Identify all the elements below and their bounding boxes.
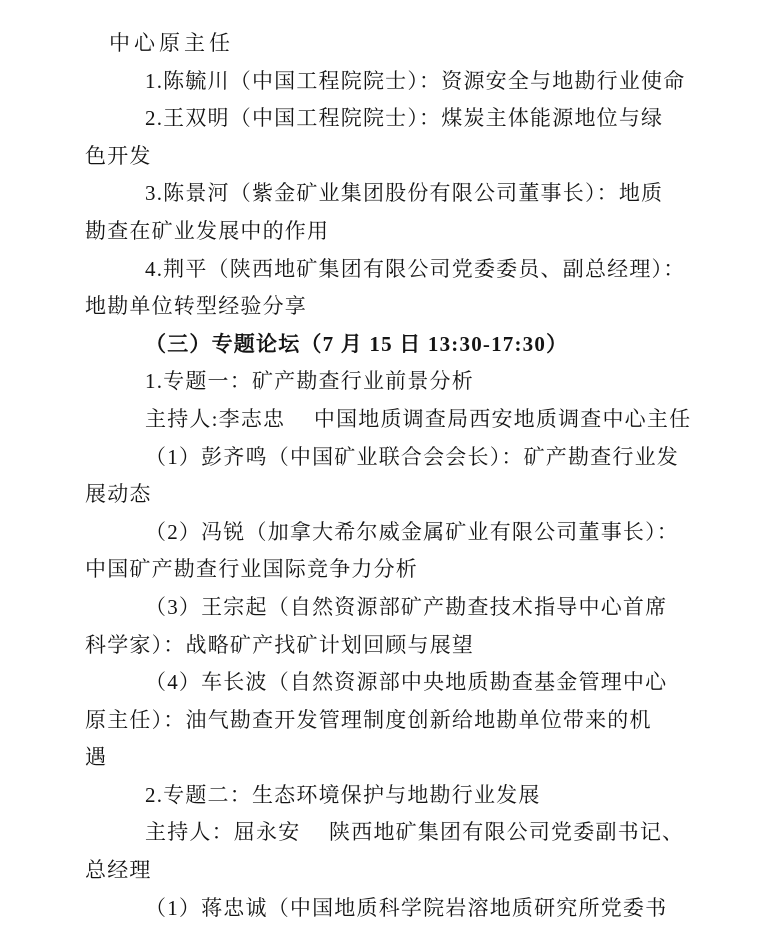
text-line: 中心原主任 bbox=[85, 25, 685, 63]
text-line: 遇 bbox=[85, 739, 685, 777]
text-line: 2.王双明（中国工程院院士）：煤炭主体能源地位与绿 bbox=[85, 100, 685, 138]
text-line: 3.陈景河（紫金矿业集团股份有限公司董事长）：地质 bbox=[85, 175, 685, 213]
text-line: 4.荆平（陕西地矿集团有限公司党委委员、副总经理）： bbox=[85, 251, 685, 289]
text-line: 1.专题一：矿产勘查行业前景分析 bbox=[85, 363, 685, 401]
text-line: 主持人：屈永安 陕西地矿集团有限公司党委副书记、 bbox=[85, 814, 685, 852]
text-line: 科学家）：战略矿产找矿计划回顾与展望 bbox=[85, 627, 685, 665]
text-line: 原主任）：油气勘查开发管理制度创新给地勘单位带来的机 bbox=[85, 702, 685, 740]
text-line: 色开发 bbox=[85, 138, 685, 176]
text-line: （1）彭齐鸣（中国矿业联合会会长）：矿产勘查行业发 bbox=[85, 439, 685, 477]
text-line: （4）车长波（自然资源部中央地质勘查基金管理中心 bbox=[85, 664, 685, 702]
text-line: 主持人:李志忠 中国地质调查局西安地质调查中心主任 bbox=[85, 401, 685, 439]
text-line: 展动态 bbox=[85, 476, 685, 514]
text-line: 总经理 bbox=[85, 852, 685, 890]
text-line: 地勘单位转型经验分享 bbox=[85, 288, 685, 326]
document-page: 中心原主任 1.陈毓川（中国工程院院士）：资源安全与地勘行业使命 2.王双明（中… bbox=[0, 0, 761, 944]
text-line: 2.专题二：生态环境保护与地勘行业发展 bbox=[85, 777, 685, 815]
text-line: 1.陈毓川（中国工程院院士）：资源安全与地勘行业使命 bbox=[85, 63, 685, 101]
text-line: 勘查在矿业发展中的作用 bbox=[85, 213, 685, 251]
text-line: （3）王宗起（自然资源部矿产勘查技术指导中心首席 bbox=[85, 589, 685, 627]
text-line: 中国矿产勘查行业国际竞争力分析 bbox=[85, 551, 685, 589]
document-body: 中心原主任 1.陈毓川（中国工程院院士）：资源安全与地勘行业使命 2.王双明（中… bbox=[85, 25, 685, 927]
section-heading: （三）专题论坛（7 月 15 日 13:30-17:30） bbox=[85, 326, 685, 364]
text-line: （1）蒋忠诚（中国地质科学院岩溶地质研究所党委书 bbox=[85, 890, 685, 928]
text-line: （2）冯锐（加拿大希尔威金属矿业有限公司董事长）： bbox=[85, 514, 685, 552]
